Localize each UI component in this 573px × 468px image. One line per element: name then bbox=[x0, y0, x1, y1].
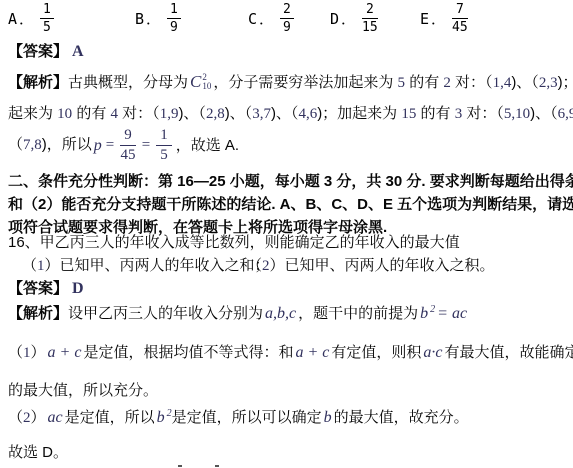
q15-answer-line: 【答案】A bbox=[8, 42, 84, 61]
option-a-fraction: 1 5 bbox=[40, 2, 54, 35]
fraction-numerator: 1 bbox=[40, 2, 54, 19]
fraction-denominator: 5 bbox=[156, 146, 172, 164]
equals-sign: = bbox=[104, 136, 116, 155]
p-variable: p bbox=[92, 136, 104, 155]
option-d: D． 2 15 bbox=[330, 2, 378, 35]
point2-open: （2） bbox=[8, 409, 46, 426]
answer-letter: D bbox=[72, 280, 84, 297]
fraction-numerator: 7 bbox=[452, 2, 468, 19]
analysis-text: 是定值，所以可以确定 bbox=[172, 409, 322, 426]
fraction-numerator: 1 bbox=[156, 127, 172, 146]
analysis-label: 【解析】 bbox=[8, 305, 68, 322]
fraction-denominator: 15 bbox=[362, 19, 378, 35]
q16-point1-line2: 的最大值，所以充分。 bbox=[8, 381, 158, 400]
analysis-text: 是定值，所以 bbox=[65, 409, 155, 426]
option-d-label: D． bbox=[330, 8, 358, 29]
option-a: A． 1 5 bbox=[8, 2, 54, 35]
option-e-fraction: 7 45 bbox=[452, 2, 468, 35]
fraction-numerator: 2 bbox=[280, 2, 294, 19]
fraction-9-45: 9 45 bbox=[120, 127, 136, 164]
q16-point1-line1: （1）a + c是定值，根据均值不等式得：和a + c有定值，则积a·c有最大值… bbox=[8, 343, 573, 363]
section2-header-line1: 二、条件充分性判断：第 16—25 小题，每小题 3 分，共 30 分. 要求判… bbox=[8, 172, 573, 191]
option-d-fraction: 2 15 bbox=[362, 2, 378, 35]
b-squared-base: b bbox=[155, 409, 167, 426]
b-variable: b bbox=[322, 409, 334, 426]
analysis-label: 【解析】 bbox=[8, 74, 68, 91]
q16-condition2: （2）已知甲、丙两人的年收入之积。 bbox=[247, 256, 495, 276]
cropped-next-line-artifact bbox=[215, 465, 219, 467]
point1-open: （1） bbox=[8, 344, 46, 361]
b-squared-base: b bbox=[418, 305, 430, 322]
section2-header-line2: 和（2）能否充分支持题干所陈述的结论. A、B、C、D、E 五个选项为判断结果，… bbox=[8, 195, 573, 214]
analysis-text: ，故选 A. bbox=[176, 136, 239, 155]
answer-letter: A bbox=[72, 43, 84, 60]
ac-product: ac bbox=[46, 409, 65, 426]
q15-analysis-line1: 【解析】古典概型，分母为C210，分子需要穷举法加起来为 5 的有 2 对：（1… bbox=[8, 72, 573, 93]
comb-subscript: 10 bbox=[202, 82, 211, 91]
option-e-label: E． bbox=[420, 8, 448, 29]
option-b: B． 1 9 bbox=[135, 2, 181, 35]
analysis-text: ，分子需要穷举法加起来为 5 的有 2 对：（1,4)、（2,3)；加 bbox=[213, 74, 573, 91]
comb-base: C bbox=[190, 72, 201, 91]
a-plus-c: a + c bbox=[293, 344, 331, 361]
fraction-numerator: 9 bbox=[120, 127, 136, 146]
analysis-text: 是定值，根据均值不等式得：和 bbox=[83, 344, 293, 361]
q16-condition1: （1）已知甲、丙两人的年收入之和； bbox=[22, 256, 270, 276]
cropped-next-line-artifact bbox=[178, 465, 182, 467]
a-plus-c: a + c bbox=[46, 344, 84, 361]
analysis-text: 设甲乙丙三人的年收入分别为 bbox=[68, 305, 263, 322]
q16-closing: 故选 D。 bbox=[8, 443, 68, 462]
fraction-denominator: 9 bbox=[280, 19, 294, 35]
option-c-fraction: 2 9 bbox=[280, 2, 294, 35]
analysis-text: 有定值，则积 bbox=[331, 344, 421, 361]
fraction-denominator: 45 bbox=[120, 146, 136, 164]
q15-analysis-line3: （7,8)，所以 p = 9 45 = 1 5 ，故选 A. bbox=[8, 124, 239, 166]
equals-ac: = ac bbox=[435, 305, 469, 322]
a-times-c: a·c bbox=[421, 344, 444, 361]
option-b-label: B． bbox=[135, 8, 163, 29]
q16-point2-line: （2）ac是定值，所以b2是定值，所以可以确定b的最大值，故充分。 bbox=[8, 408, 469, 428]
option-e: E． 7 45 bbox=[420, 2, 468, 35]
fraction-numerator: 1 bbox=[167, 2, 181, 19]
q15-analysis-line2: 起来为 10 的有 4 对：（1,9)、（2,8)、（3,7)、（4,6)；加起… bbox=[8, 104, 573, 124]
q16-analysis-line1: 【解析】设甲乙丙三人的年收入分别为a,b,c，题干中的前提为b2= ac bbox=[8, 304, 469, 323]
option-b-fraction: 1 9 bbox=[167, 2, 181, 35]
q16-answer-line: 【答案】D bbox=[8, 279, 84, 298]
analysis-text: 的最大值，故充分。 bbox=[334, 409, 469, 426]
fraction-denominator: 9 bbox=[167, 19, 181, 35]
variables-abc: a,b,c bbox=[263, 305, 298, 322]
combination-formula: C210 bbox=[190, 72, 211, 91]
q16-stem: 16、甲乙丙三人的年收入成等比数列，则能确定乙的年收入的最大值 bbox=[8, 233, 460, 252]
fraction-1-5: 1 5 bbox=[156, 127, 172, 164]
analysis-text: （7,8)，所以 bbox=[8, 135, 92, 155]
option-c-label: C． bbox=[248, 8, 276, 29]
fraction-denominator: 5 bbox=[40, 19, 54, 35]
analysis-text: 有最大值，故能确定 bbox=[444, 344, 573, 361]
option-a-label: A． bbox=[8, 8, 36, 29]
analysis-text: 古典概型，分母为 bbox=[68, 74, 188, 91]
equals-sign: = bbox=[140, 136, 152, 155]
fraction-numerator: 2 bbox=[362, 2, 378, 19]
answer-label: 【答案】 bbox=[8, 280, 68, 297]
answer-label: 【答案】 bbox=[8, 43, 68, 60]
analysis-text: ，题干中的前提为 bbox=[298, 305, 418, 322]
fraction-denominator: 45 bbox=[452, 19, 468, 35]
option-c: C． 2 9 bbox=[248, 2, 294, 35]
